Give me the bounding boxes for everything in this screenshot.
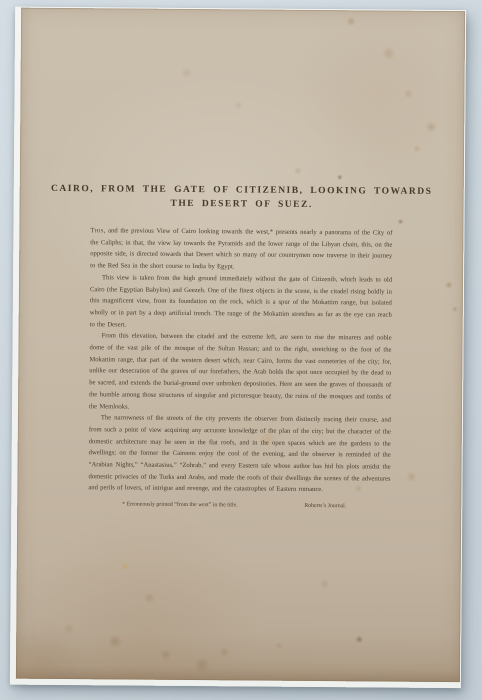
paragraph-4: The narrowness of the streets of the cit… bbox=[88, 412, 391, 496]
footer-line: * Erroneously printed “from the west” in… bbox=[88, 501, 390, 509]
page-title: CAIRO, FROM THE GATE OF CITIZENIB, LOOKI… bbox=[20, 182, 464, 213]
paragraph-1: This, and the previous View of Cairo loo… bbox=[90, 225, 392, 274]
paragraph-3: From this elevation, between the citadel… bbox=[89, 331, 392, 415]
footnote: * Erroneously printed “from the west” in… bbox=[122, 502, 237, 509]
body-text: This, and the previous View of Cairo loo… bbox=[88, 225, 392, 497]
paper-stack: CAIRO, FROM THE GATE OF CITIZENIB, LOOKI… bbox=[10, 7, 466, 689]
attribution: Roberts’s Journal. bbox=[304, 503, 346, 509]
book-page: CAIRO, FROM THE GATE OF CITIZENIB, LOOKI… bbox=[16, 8, 465, 682]
paragraph-1-text: , and the previous View of Cairo looking… bbox=[90, 227, 392, 270]
paragraph-1-lead-word: This bbox=[90, 227, 103, 234]
photo-background: CAIRO, FROM THE GATE OF CITIZENIB, LOOKI… bbox=[0, 0, 482, 700]
paragraph-2: This view is taken from the high ground … bbox=[90, 272, 392, 333]
